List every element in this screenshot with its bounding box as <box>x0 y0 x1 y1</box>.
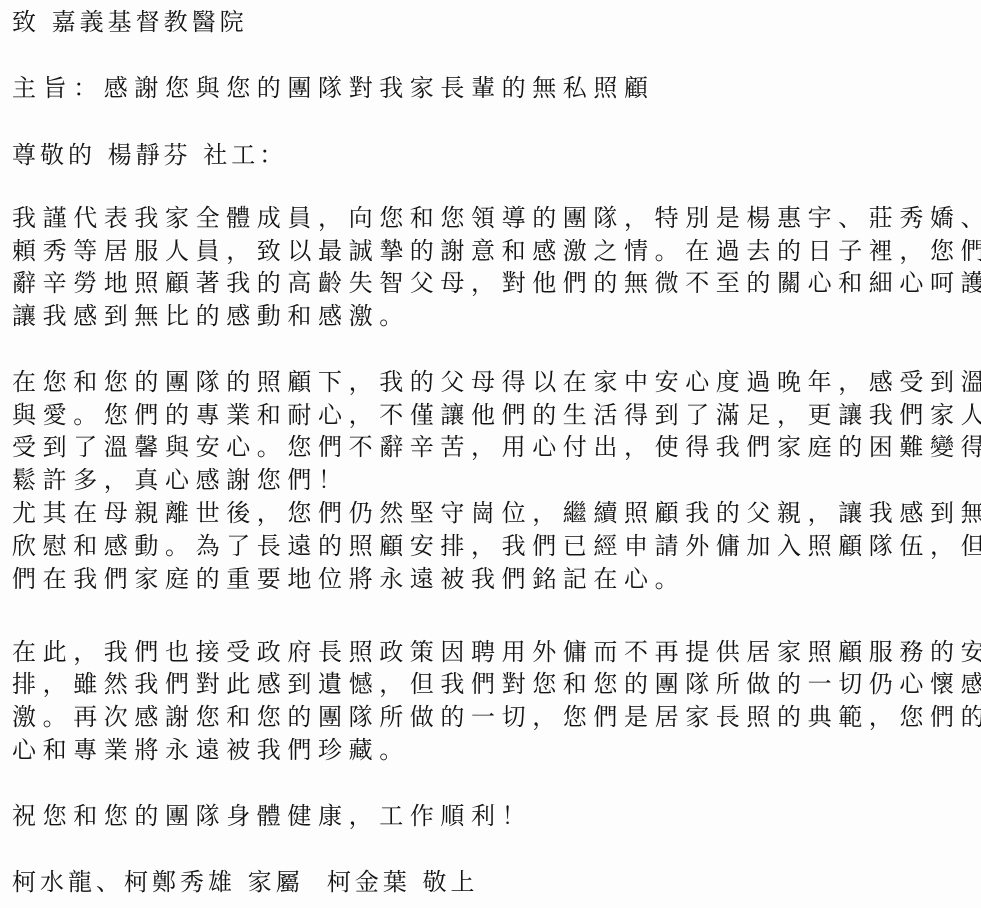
letter-page: 致 嘉義基督教醫院 主旨：感謝您與您的團隊對我家長輩的無私照顧 尊敬的 楊靜芬 … <box>0 0 981 908</box>
paragraph-line: 在此，我們也接受政府長照政策因聘用外傭而不再提供居家照顧服務的安 <box>12 636 981 668</box>
paragraph-line: 排，雖然我們對此感到遺憾，但我們對您和您的團隊所做的一切仍心懷感 <box>12 668 981 700</box>
recipient-line: 致 嘉義基督教醫院 <box>12 6 248 38</box>
salutation-line: 尊敬的 楊靜芬 社工： <box>12 139 287 171</box>
signature-line: 柯水龍、柯鄭秀雄 家屬 柯金葉 敬上 <box>12 866 479 898</box>
paragraph-line: 在您和您的團隊的照顧下，我的父母得以在家中安心度過晚年，感受到溫暖 <box>12 366 981 398</box>
paragraph-line: 與愛。您們的專業和耐心，不僅讓他們的生活得到了滿足，更讓我們家人感 <box>12 399 981 431</box>
paragraph-line: 受到了溫馨與安心。您們不辭辛苦，用心付出，使得我們家庭的困難變得輕 <box>12 431 981 463</box>
paragraph-line: 辭辛勞地照顧著我的高齡失智父母，對他們的無微不至的關心和細心呵護， <box>12 267 981 299</box>
paragraph-line: 心和專業將永遠被我們珍藏。 <box>12 734 410 766</box>
paragraph-line: 頼秀等居服人員，致以最誠摯的謝意和感激之情。在過去的日子裡，您們不 <box>12 235 981 267</box>
paragraph-line: 激。再次感謝您和您的團隊所做的一切，您們是居家長照的典範，您們的愛 <box>12 701 981 733</box>
paragraph-line: 們在我們家庭的重要地位將永遠被我們銘記在心。 <box>12 563 685 595</box>
paragraph-line: 讓我感到無比的感動和感激。 <box>12 300 410 332</box>
paragraph-line: 欣慰和感動。為了長遠的照顧安排，我們已經申請外傭加入照顧隊伍，但您 <box>12 530 981 562</box>
paragraph-line: 尤其在母親離世後，您們仍然堅守崗位，繼續照顧我的父親，讓我感到無比 <box>12 497 981 529</box>
paragraph-line: 鬆許多，真心感謝您們！ <box>12 464 349 496</box>
subject-line: 主旨：感謝您與您的團隊對我家長輩的無私照顧 <box>12 72 655 104</box>
closing-line: 祝您和您的團隊身體健康，工作順利！ <box>12 800 532 832</box>
paragraph-line: 我謹代表我家全體成員，向您和您領導的團隊，特別是楊惠宇、莊秀嬌、翁 <box>12 202 981 234</box>
